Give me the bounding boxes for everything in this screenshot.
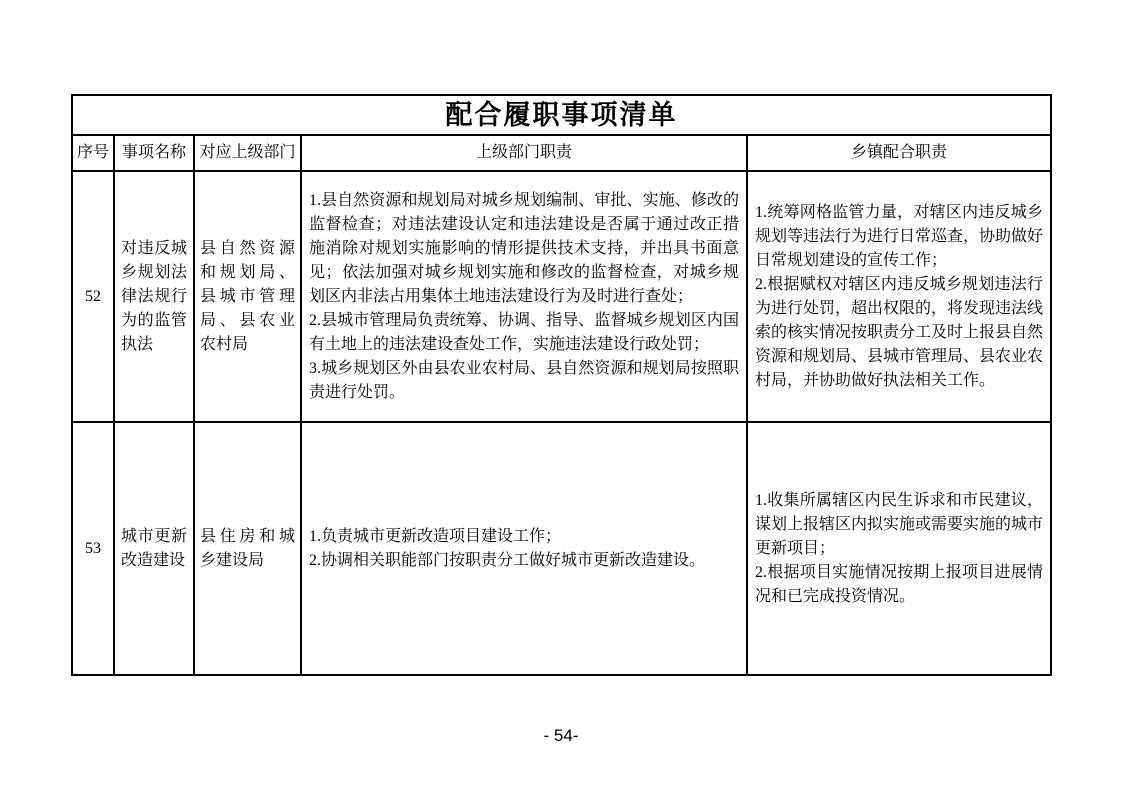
township-duties-cell: 1.收集所属辖区内民生诉求和市民建议，谋划上报辖区内拟实施或需要实施的城市更新项… xyxy=(747,422,1051,675)
col-header-item-name: 事项名称 xyxy=(114,135,194,171)
col-header-department: 对应上级部门 xyxy=(194,135,301,171)
superior-duties-cell: 1.负责城市更新改造项目建设工作； 2.协调相关职能部门按职责分工做好城市更新改… xyxy=(301,422,747,675)
duty-table: 配合履职事项清单 序号 事项名称 对应上级部门 上级部门职责 乡镇配合职责 52… xyxy=(71,94,1052,676)
item-name-cell: 对违反城乡规划法律法规行为的监管执法 xyxy=(114,171,194,422)
table-title: 配合履职事项清单 xyxy=(72,95,1051,135)
township-duties-cell: 1.统筹网格监管力量，对辖区内违反城乡规划等违法行为进行日常巡查，协助做好日常规… xyxy=(747,171,1051,422)
duty-item: 3.城乡规划区外由县农业农村局、县自然资源和规划局按照职责进行处罚。 xyxy=(309,357,739,405)
duty-item: 2.根据赋权对辖区内违反城乡规划违法行为进行处罚，超出权限的，将发现违法线索的核… xyxy=(755,273,1043,393)
seq-cell: 52 xyxy=(72,171,114,422)
document-page: 配合履职事项清单 序号 事项名称 对应上级部门 上级部门职责 乡镇配合职责 52… xyxy=(0,0,1122,793)
duty-item: 2.县城市管理局负责统筹、协调、指导、监督城乡规划区内国有土地上的违法建设查处工… xyxy=(309,309,739,357)
seq-cell: 53 xyxy=(72,422,114,675)
table-title-row: 配合履职事项清单 xyxy=(72,95,1051,135)
duty-item: 1.统筹网格监管力量，对辖区内违反城乡规划等违法行为进行日常巡查，协助做好日常规… xyxy=(755,201,1043,273)
col-header-township-duties: 乡镇配合职责 xyxy=(747,135,1051,171)
col-header-seq: 序号 xyxy=(72,135,114,171)
superior-duties-cell: 1.县自然资源和规划局对城乡规划编制、审批、实施、修改的监督检查；对违法建设认定… xyxy=(301,171,747,422)
table-row-52: 52 对违反城乡规划法律法规行为的监管执法 县自然资源和规划局、县城市管理局、县… xyxy=(72,171,1051,422)
duty-item: 1.负责城市更新改造项目建设工作； xyxy=(309,525,739,549)
duty-item: 2.协调相关职能部门按职责分工做好城市更新改造建设。 xyxy=(309,549,739,573)
department-cell: 县住房和城乡建设局 xyxy=(194,422,301,675)
duty-item: 1.收集所属辖区内民生诉求和市民建议，谋划上报辖区内拟实施或需要实施的城市更新项… xyxy=(755,489,1043,561)
table-header-row: 序号 事项名称 对应上级部门 上级部门职责 乡镇配合职责 xyxy=(72,135,1051,171)
duty-item: 1.县自然资源和规划局对城乡规划编制、审批、实施、修改的监督检查；对违法建设认定… xyxy=(309,189,739,309)
page-number: - 54- xyxy=(0,725,1122,747)
item-name-cell: 城市更新改造建设 xyxy=(114,422,194,675)
col-header-superior-duties: 上级部门职责 xyxy=(301,135,747,171)
department-cell: 县自然资源和规划局、县城市管理局、县农业农村局 xyxy=(194,171,301,422)
table-row-53: 53 城市更新改造建设 县住房和城乡建设局 1.负责城市更新改造项目建设工作； … xyxy=(72,422,1051,675)
duty-item: 2.根据项目实施情况按期上报项目进展情况和已完成投资情况。 xyxy=(755,561,1043,609)
